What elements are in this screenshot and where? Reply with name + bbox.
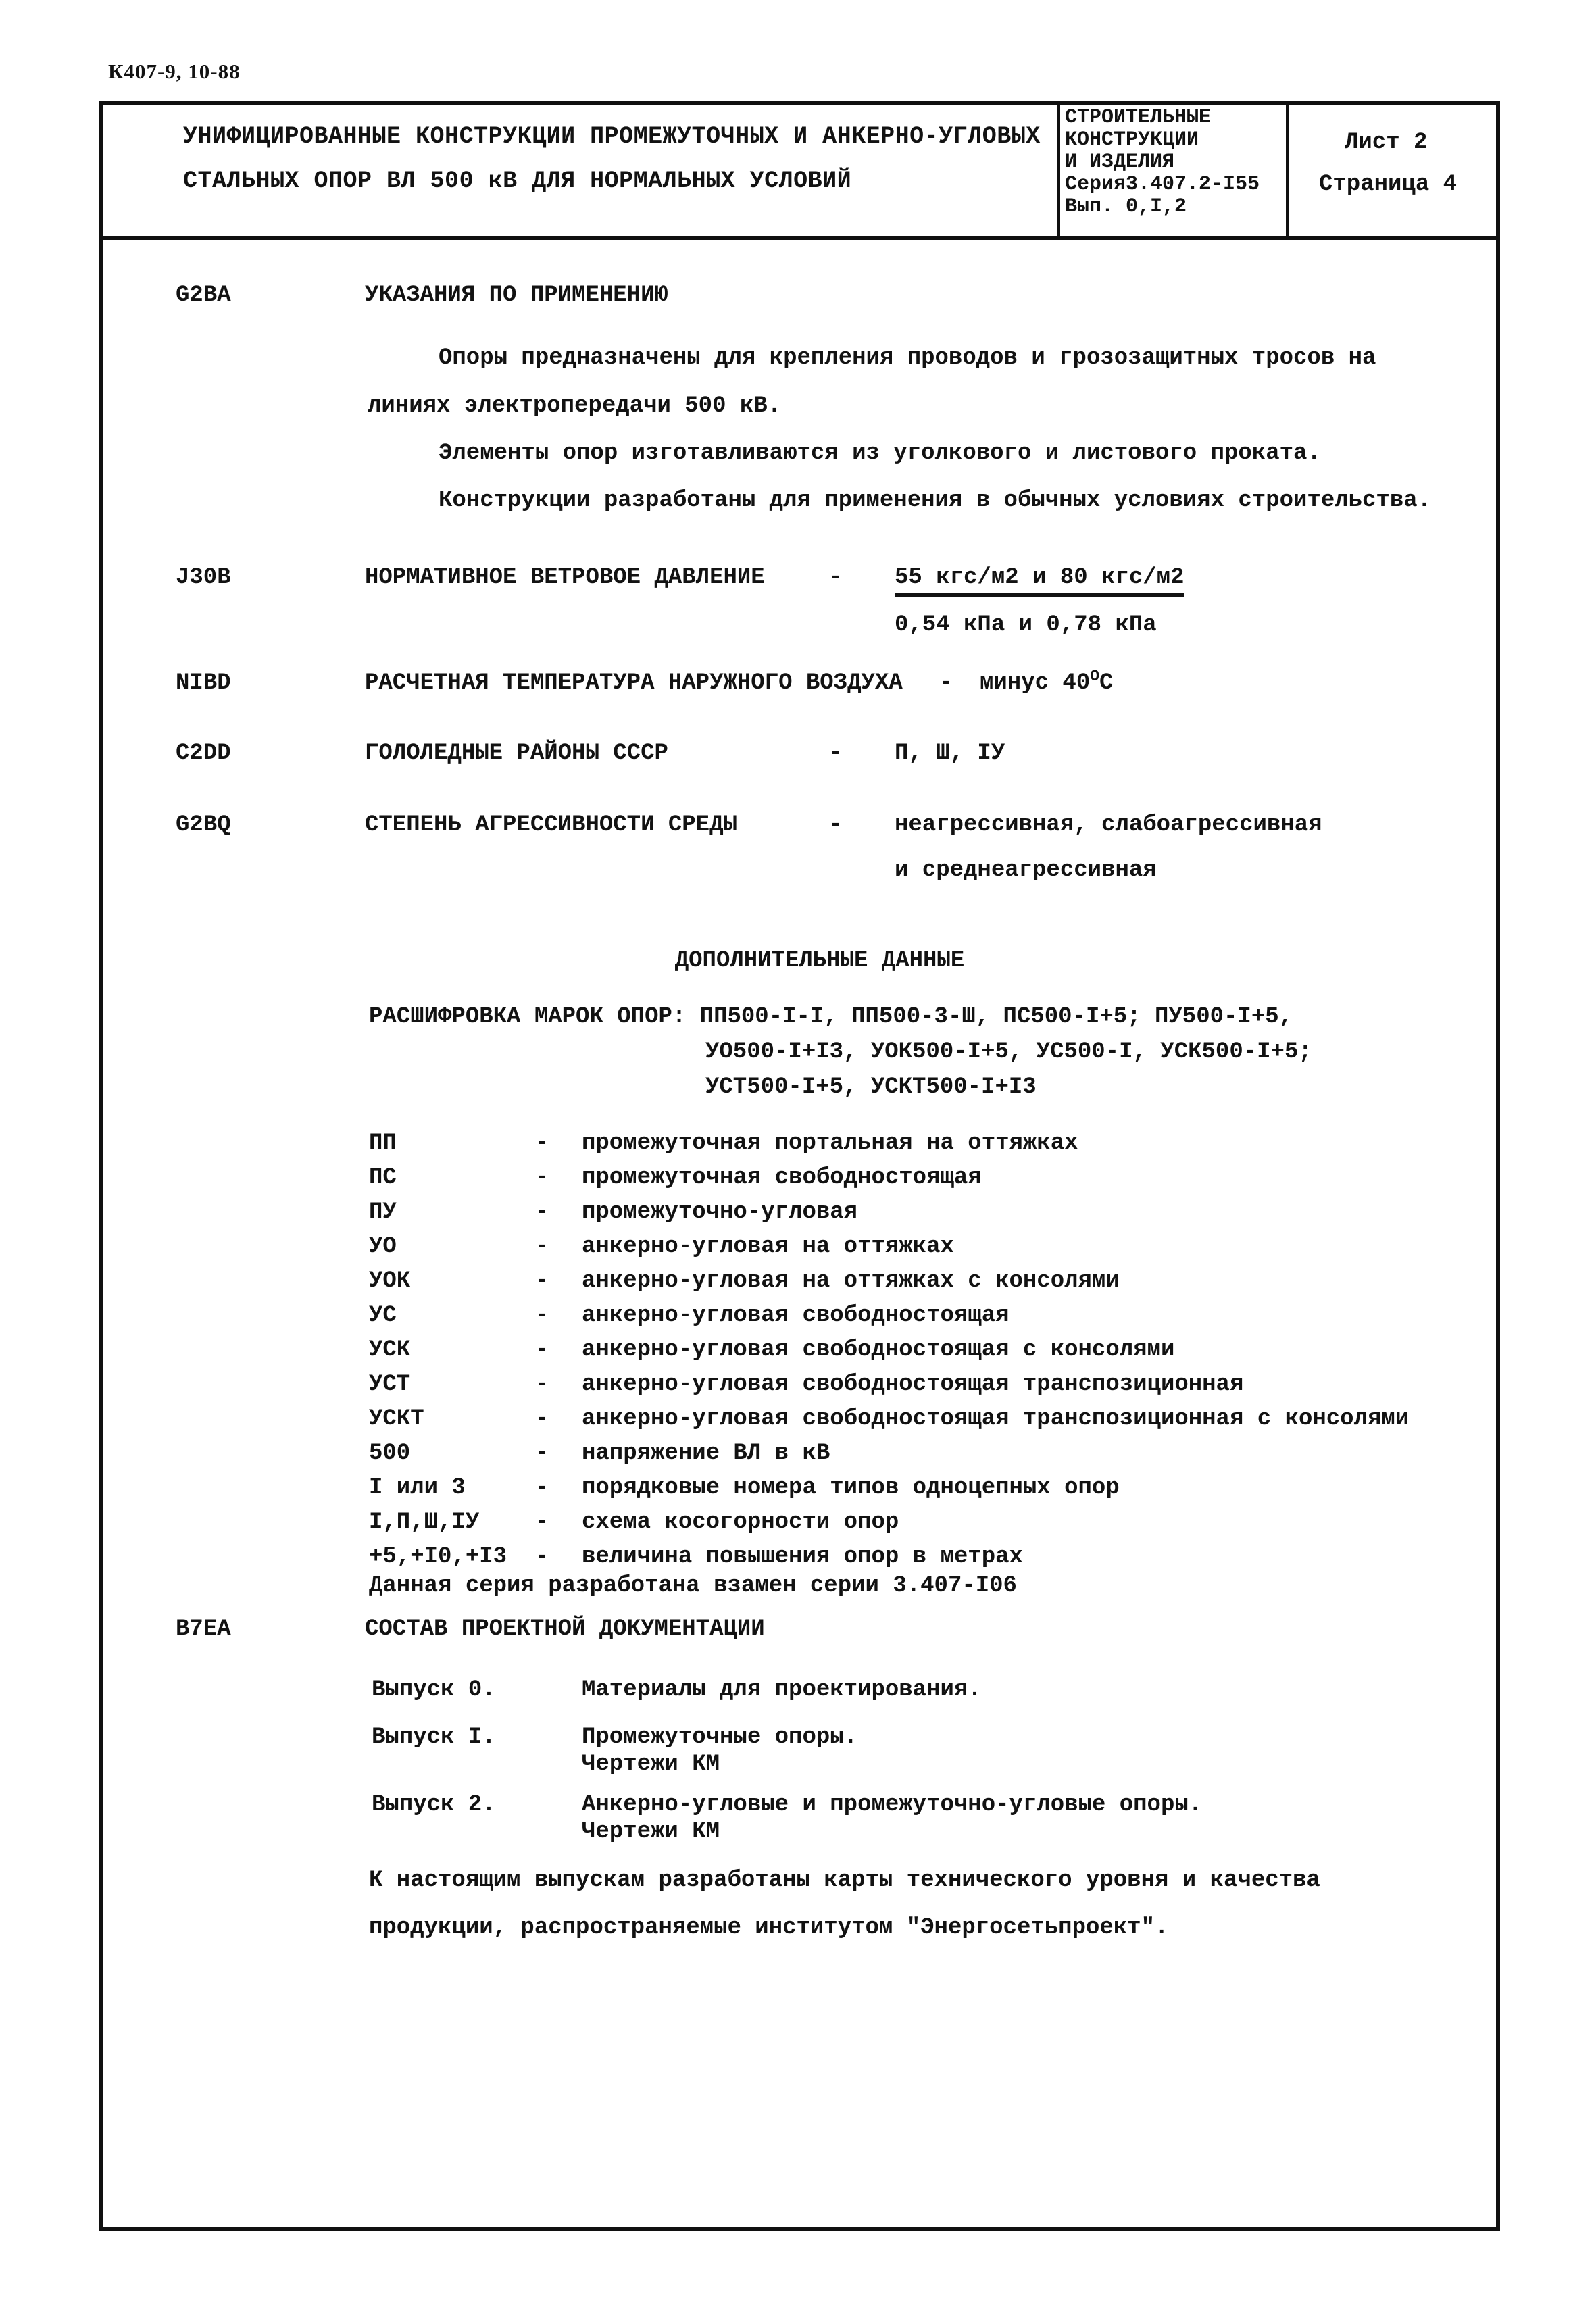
wind-pressure-value-1: 55 кгс/м2 и 80 кгс/м2	[895, 565, 1184, 591]
definition-term: I или 3	[369, 1475, 466, 1501]
series-replacement-note: Данная серия разработана взамен серии 3.…	[369, 1573, 1017, 1599]
closing-paragraph-line: К настоящим выпускам разработаны карты т…	[369, 1868, 1320, 1894]
aggressiveness-dash: -	[828, 812, 842, 839]
issue-desc-line: Материалы для проектирования.	[582, 1677, 982, 1703]
corner-code: К407-9, 10-88	[108, 59, 241, 84]
document-title-line-1: УНИФИЦИРОВАННЫЕ КОНСТРУКЦИИ ПРОМЕЖУТОЧНЫ…	[183, 123, 1041, 150]
definition-term: +5,+I0,+I3	[369, 1544, 507, 1570]
section-code-nibd: NIBD	[176, 670, 231, 697]
temperature-unit: С	[1099, 670, 1113, 696]
definition-desc: анкерно-угловая свободностоящая транспоз…	[582, 1406, 1409, 1433]
definition-term: УОК	[369, 1268, 410, 1295]
ice-regions-label: ГОЛОЛЕДНЫЕ РАЙОНЫ СССР	[365, 741, 668, 767]
definition-term: ПУ	[369, 1199, 397, 1226]
section-code-g2ba: G2BA	[176, 282, 231, 309]
definition-term: ПП	[369, 1130, 397, 1157]
degree-superscript: О	[1090, 668, 1099, 685]
usage-paragraph-line: Элементы опор изготавливаются из уголков…	[439, 441, 1321, 467]
section-code-j30b: J30B	[176, 565, 231, 591]
definition-dash: -	[535, 1510, 549, 1536]
document-title-line-2: СТАЛЬНЫХ ОПОР ВЛ 500 кВ ДЛЯ НОРМАЛЬНЫХ У…	[183, 168, 851, 195]
closing-paragraph-line: продукции, распространяемые институтом "…	[369, 1915, 1168, 1941]
page-number: Страница 4	[1319, 172, 1457, 198]
definition-dash: -	[535, 1165, 549, 1191]
definition-term: УСКТ	[369, 1406, 424, 1433]
issue-label: Выпуск 0.	[372, 1677, 496, 1703]
series-issues: Вып. 0,I,2	[1065, 196, 1187, 218]
definition-desc: анкерно-угловая свободностоящая транспоз…	[582, 1372, 1243, 1398]
definition-desc: анкерно-угловая свободностоящая с консол…	[582, 1337, 1174, 1364]
wind-pressure-value-2: 0,54 кПа и 0,78 кПа	[895, 612, 1157, 639]
definition-dash: -	[535, 1544, 549, 1570]
usage-section-title: УКАЗАНИЯ ПО ПРИМЕНЕНИЮ	[365, 282, 668, 309]
issue-desc-line: Чертежи КМ	[582, 1751, 720, 1778]
definition-term: I,П,Ш,IУ	[369, 1510, 479, 1536]
marks-decode-line-3: УСТ500-I+5, УСКТ500-I+I3	[705, 1074, 1037, 1101]
definition-dash: -	[535, 1234, 549, 1260]
documentation-section-title: СОСТАВ ПРОЕКТНОЙ ДОКУМЕНТАЦИИ	[365, 1616, 765, 1643]
issue-desc-line: Чертежи КМ	[582, 1819, 720, 1845]
definition-dash: -	[535, 1372, 549, 1398]
definition-desc: схема косогорности опор	[582, 1510, 899, 1536]
issue-desc-line: Промежуточные опоры.	[582, 1724, 857, 1751]
section-code-c2dd: C2DD	[176, 741, 231, 767]
definition-desc: промежуточная свободностоящая	[582, 1165, 982, 1191]
definition-dash: -	[535, 1337, 549, 1364]
definition-term: УО	[369, 1234, 397, 1260]
sheet-number: Лист 2	[1345, 130, 1427, 156]
design-temperature-value: минус 40ОС	[980, 670, 1113, 697]
temperature-value-text: минус 40	[980, 670, 1090, 696]
wind-pressure-label: НОРМАТИВНОЕ ВЕТРОВОЕ ДАВЛЕНИЕ	[365, 565, 765, 591]
aggressiveness-value-2: и среднеагрессивная	[895, 857, 1157, 884]
design-temperature-dash: -	[939, 670, 953, 697]
section-code-g2bq: G2BQ	[176, 812, 231, 839]
series-cell-line-3: И ИЗДЕЛИЯ	[1065, 151, 1174, 174]
header-divider-2	[1286, 105, 1289, 236]
aggressiveness-label: СТЕПЕНЬ АГРЕССИВНОСТИ СРЕДЫ	[365, 812, 737, 839]
usage-paragraph-line: Опоры предназначены для крепления провод…	[439, 345, 1376, 372]
issue-desc-line: Анкерно-угловые и промежуточно-угловые о…	[582, 1792, 1202, 1818]
header-divider-1	[1057, 105, 1060, 236]
definition-term: ПС	[369, 1165, 397, 1191]
definition-desc: анкерно-угловая свободностоящая	[582, 1303, 1009, 1329]
definition-desc: величина повышения опор в метрах	[582, 1544, 1023, 1570]
definition-desc: анкерно-угловая на оттяжках	[582, 1234, 954, 1260]
definition-term: УСТ	[369, 1372, 410, 1398]
definition-desc: напряжение ВЛ в кВ	[582, 1441, 830, 1467]
definition-dash: -	[535, 1130, 549, 1157]
usage-paragraph-line: линиях электропередачи 500 кВ.	[368, 393, 781, 420]
marks-decode-line-1: РАСШИФРОВКА МАРОК ОПОР: ПП500-I-I, ПП500…	[369, 1004, 1293, 1030]
ice-regions-dash: -	[828, 741, 842, 767]
definition-dash: -	[535, 1303, 549, 1329]
series-number: Серия3.407.2-I55	[1065, 174, 1260, 196]
section-code-b7ea: B7EA	[176, 1616, 231, 1643]
header-bottom-border	[103, 236, 1496, 240]
definition-term: 500	[369, 1441, 410, 1467]
underlined-value: 55 кгс/м2 и 80 кгс/м2	[895, 565, 1184, 597]
document-frame: УНИФИЦИРОВАННЫЕ КОНСТРУКЦИИ ПРОМЕЖУТОЧНЫ…	[99, 101, 1500, 2231]
issue-label: Выпуск 2.	[372, 1792, 496, 1818]
definition-dash: -	[535, 1199, 549, 1226]
definition-dash: -	[535, 1441, 549, 1467]
design-temperature-label: РАСЧЕТНАЯ ТЕМПЕРАТУРА НАРУЖНОГО ВОЗДУХА	[365, 670, 903, 697]
definition-desc: промежуточно-угловая	[582, 1199, 857, 1226]
definition-dash: -	[535, 1268, 549, 1295]
definition-term: УСК	[369, 1337, 410, 1364]
usage-paragraph-line: Конструкции разработаны для применения в…	[439, 488, 1431, 514]
additional-data-heading: ДОПОЛНИТЕЛЬНЫЕ ДАННЫЕ	[143, 948, 1496, 974]
definition-dash: -	[535, 1475, 549, 1501]
definition-desc: анкерно-угловая на оттяжках с консолями	[582, 1268, 1120, 1295]
series-cell-line-1: СТРОИТЕЛЬНЫЕ	[1065, 107, 1211, 129]
definition-term: УС	[369, 1303, 397, 1329]
issue-label: Выпуск I.	[372, 1724, 496, 1751]
wind-pressure-dash: -	[828, 565, 842, 591]
marks-decode-line-2: УО500-I+I3, УОК500-I+5, УС500-I, УСК500-…	[705, 1039, 1312, 1066]
aggressiveness-value-1: неагрессивная, слабоагрессивная	[895, 812, 1322, 839]
definition-desc: промежуточная портальная на оттяжках	[582, 1130, 1078, 1157]
definition-dash: -	[535, 1406, 549, 1433]
definition-desc: порядковые номера типов одноцепных опор	[582, 1475, 1120, 1501]
document-scan-page: К407-9, 10-88 УНИФИЦИРОВАННЫЕ КОНСТРУКЦИ…	[0, 0, 1596, 2315]
ice-regions-value: П, Ш, IУ	[895, 741, 1005, 767]
series-cell-line-2: КОНСТРУКЦИИ	[1065, 129, 1199, 151]
